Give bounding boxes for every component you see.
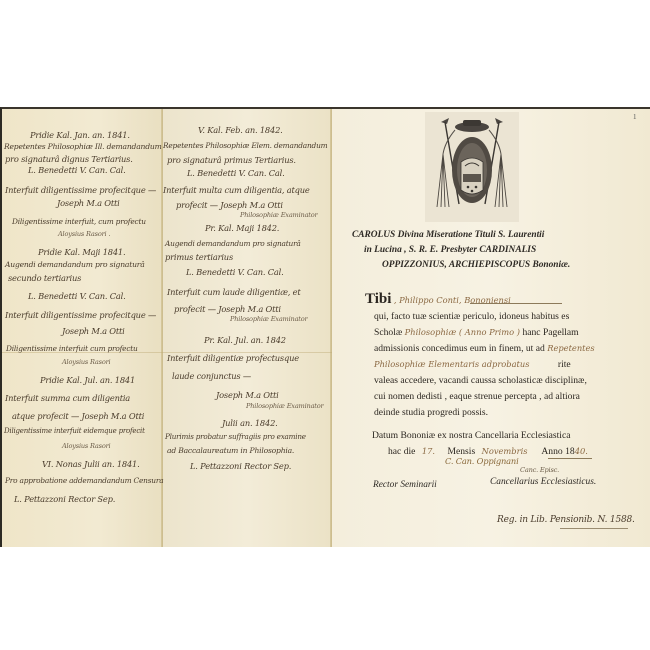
middle-note-line: Plurimis probatur suffragiis pro examine — [165, 432, 306, 441]
name-underline — [470, 303, 562, 304]
middle-note-line: pro signaturâ primus Tertiarius. — [167, 155, 296, 165]
middle-note-line: Pr. Kal. Jul. an. 1842 — [204, 335, 286, 345]
body-line: Scholæ Philosophiæ ( Anno Primo ) hanc P… — [374, 327, 579, 338]
tibi-line: Tibi , Philippo Conti, Bononiensi — [365, 291, 511, 308]
body-line: admissionis concedimus eum in finem, ut … — [374, 343, 595, 354]
month-value: Novembris — [482, 446, 528, 456]
hac-die-label: hac die — [388, 446, 415, 457]
left-note-line: VI. Nonas Julii an. 1841. — [42, 459, 140, 469]
header-line: CAROLUS Divina Miseratione Tituli S. Lau… — [352, 230, 544, 240]
left-note-line: Joseph M.a Otti — [57, 198, 120, 208]
cardinal-coat-of-arms — [425, 112, 519, 222]
body-line: qui, facto tuæ scientiæ periculo, idoneu… — [374, 311, 569, 322]
left-note-line: pro signaturâ dignus Tertiarius. — [5, 154, 133, 164]
anno-label: Anno 18 — [541, 446, 574, 457]
left-note-line: Pridie Kal. Maji 1841. — [38, 247, 125, 257]
middle-note-line: Augendi demandandum pro signaturâ — [165, 239, 301, 248]
left-note-line: secundo tertiarius — [8, 273, 81, 283]
left-note-line: atque profecit — Joseph M.a Otti — [12, 411, 144, 421]
left-note-line: Pridie Kal. Jul. an. 1841 — [40, 375, 135, 385]
middle-note-line: ad Baccalaureatum in Philosophia. — [167, 446, 294, 455]
chancellor-signature: C. Can. Oppignani — [445, 456, 519, 466]
left-note-line: Repetentes Philosophiæ Ill. demandandum — [4, 142, 162, 151]
header-line: in Lucina , S. R. E. Presbyter CARDINALI… — [364, 245, 536, 255]
middle-note-line: L. Benedetti V. Can. Cal. — [186, 267, 284, 277]
body-line: Philosophiæ Elementaris adprobatus rite — [374, 359, 571, 370]
left-note-line: Interfuit summa cum diligentia — [5, 393, 130, 403]
left-note-line: L. Pettazzoni Rector Sep. — [14, 494, 115, 504]
middle-note-line: profecit — Joseph M.a Otti — [176, 200, 283, 210]
middle-note-line: L. Pettazzoni Rector Sep. — [190, 461, 291, 471]
body-line: valeas accedere, vacandi caussa scholast… — [374, 375, 587, 386]
left-note-line: Aloysius Rasori — [62, 442, 110, 450]
registration-note: Reg. in Lib. Pensionib. N. 1588. — [497, 515, 635, 525]
left-note-line: L. Benedetti V. Can. Cal. — [28, 165, 126, 175]
rite-word: rite — [558, 359, 571, 370]
year-underline — [548, 458, 592, 459]
middle-note-line: laude conjunctus — — [172, 371, 251, 381]
middle-note-line: Philosophiæ Examinator — [246, 402, 323, 410]
middle-note-line: Philosophiæ Examinator — [240, 211, 317, 219]
admission-text: admissionis concedimus eum in finem, ut … — [374, 343, 545, 354]
left-note-line: Aloysius Rasori — [62, 358, 110, 366]
middle-note-line: L. Benedetti V. Can. Cal. — [187, 168, 285, 178]
middle-note-line: Repetentes Philosophiæ Elem. demandandum — [163, 141, 327, 150]
left-note-line: Pro approbatione addemandandum Censura — [5, 476, 163, 485]
left-note-line: Diligentissime interfuit, cum profectu — [12, 217, 146, 226]
middle-note-line: Joseph M.a Otti — [216, 390, 279, 400]
fold-line — [330, 109, 332, 547]
course-fill: Repetentes — [547, 343, 594, 353]
page-number: 1 — [633, 113, 637, 121]
left-note-line: Augendi demandandum pro signaturâ — [5, 260, 145, 269]
chancellor-signature-sub: Canc. Episc. — [520, 466, 559, 474]
middle-note-line: Pr. Kal. Maji 1842. — [205, 223, 279, 233]
rector-label: Rector Seminarii — [373, 480, 437, 490]
left-note-line: Pridie Kal. Jan. an. 1841. — [30, 130, 130, 140]
left-note-line: Diligentissime interfuit eidemque profec… — [4, 427, 145, 435]
middle-note-line: Interfuit multa cum diligentia, atque — [163, 185, 310, 195]
left-note-line: Interfuit diligentissime profecitque — — [5, 185, 156, 195]
tibi-word: Tibi — [365, 291, 391, 307]
body-line: cui nomen dedisti , eaque strenue percep… — [374, 391, 580, 402]
middle-note-line: Julii an. 1842. — [222, 418, 278, 428]
day-value: 17. — [422, 446, 435, 456]
pagella-label: hanc Pagellam — [522, 327, 578, 338]
middle-note-line: profecit — Joseph M.a Otti — [174, 304, 281, 314]
middle-note-line: Interfuit diligentiæ profectusque — [167, 353, 299, 363]
left-note-line: L. Benedetti V. Can. Cal. — [28, 291, 126, 301]
middle-note-line: V. Kal. Feb. an. 1842. — [198, 125, 283, 135]
dating-line: Datum Bononiæ ex nostra Cancellaria Eccl… — [372, 430, 570, 441]
school-fill: Philosophiæ ( Anno Primo ) — [405, 327, 520, 337]
year-value: 40. — [575, 446, 588, 456]
chancellor-label: Cancellarius Ecclesiasticus. — [490, 477, 596, 487]
middle-note-line: primus tertiarius — [165, 252, 233, 262]
course-fill-2: Philosophiæ Elementaris adprobatus — [374, 359, 530, 369]
left-note-line: Interfuit diligentissime profecitque — — [5, 310, 156, 320]
header-line: OPPIZZONIUS, ARCHIEPISCOPUS Bononiæ. — [382, 260, 570, 270]
left-note-line: Joseph M.a Otti — [62, 326, 125, 336]
left-note-line: Aloysius Rasori . — [58, 230, 110, 238]
middle-note-line: Interfuit cum laude diligentiæ, et — [167, 287, 301, 297]
registration-underline — [560, 528, 628, 529]
left-note-line: Diligentissime interfuit cum profectu — [6, 344, 138, 353]
middle-note-line: Philosophiæ Examinator — [230, 315, 307, 323]
schola-label: Scholæ — [374, 327, 402, 338]
coat-of-arms-icon — [425, 112, 519, 222]
body-line: deinde studia progredi possis. — [374, 407, 488, 418]
